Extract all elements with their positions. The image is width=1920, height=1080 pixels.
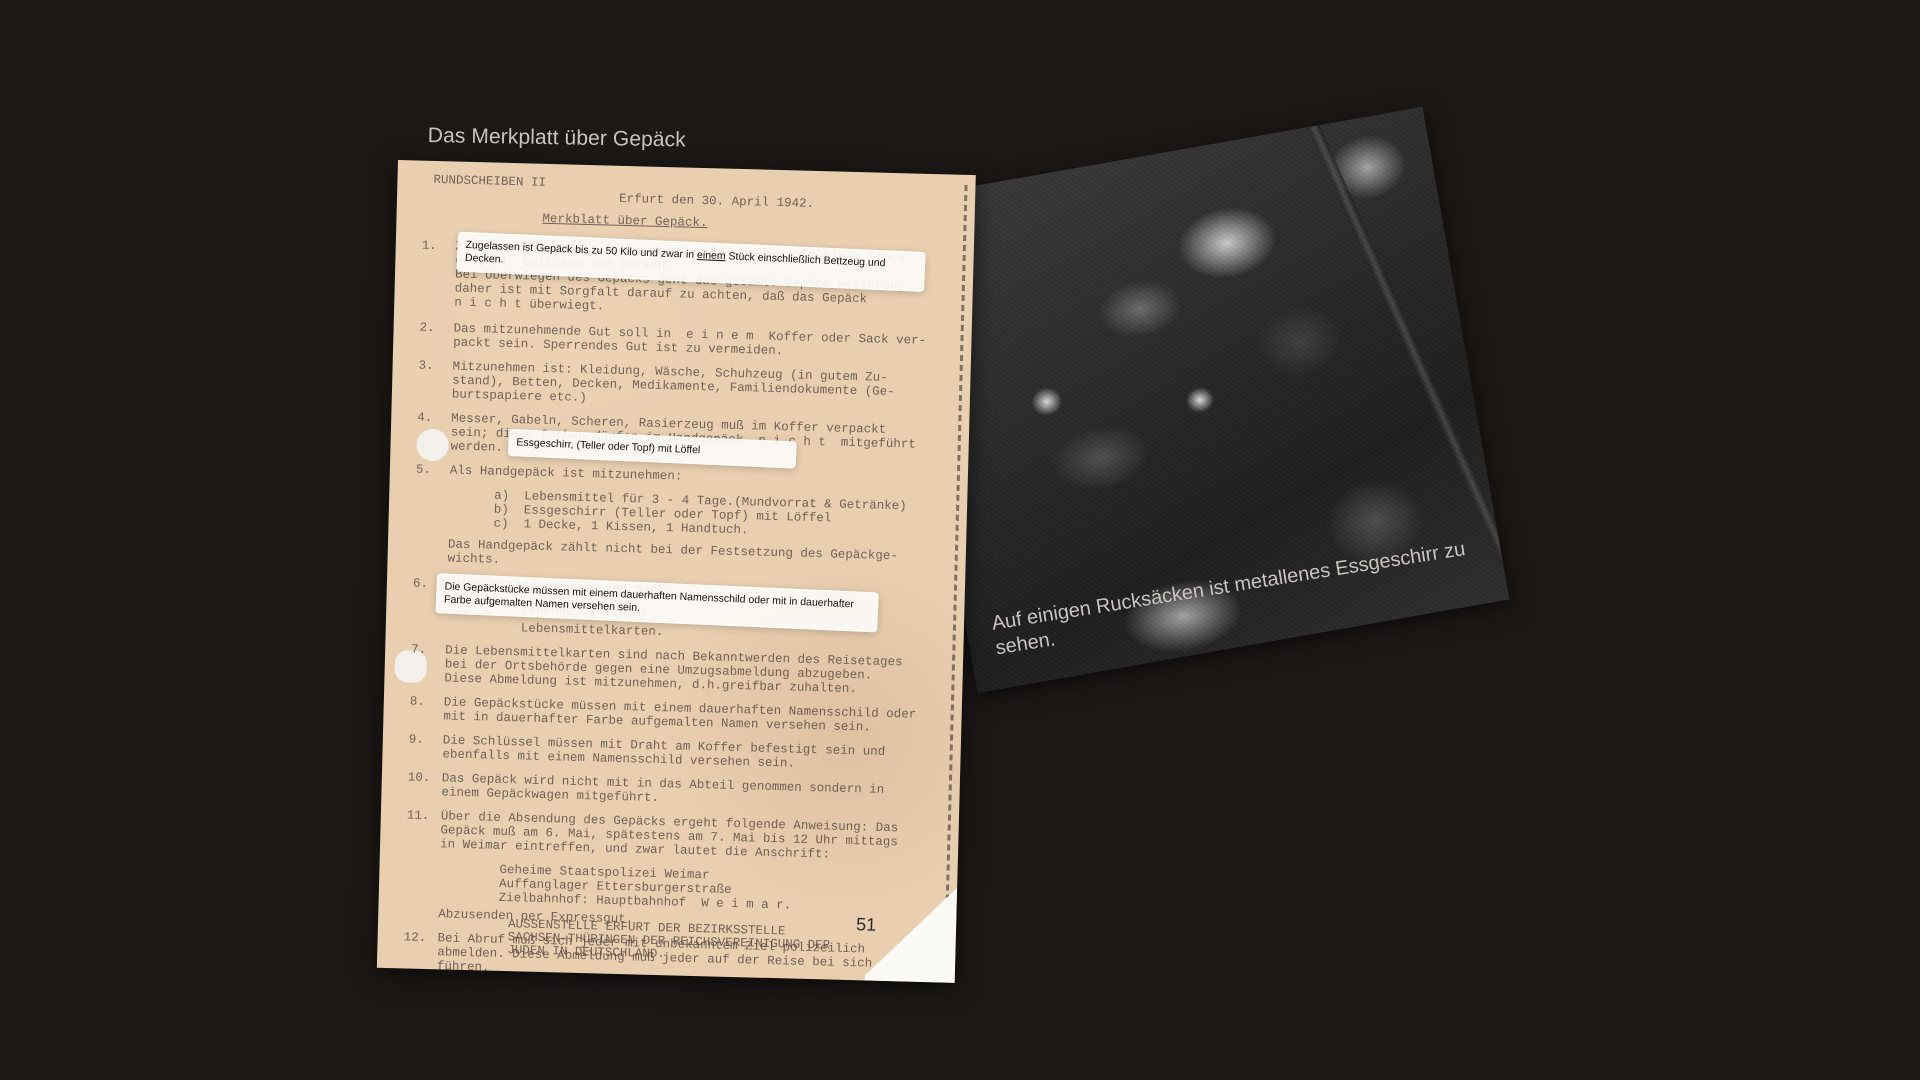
item-number: 8. bbox=[410, 694, 425, 708]
item-number: 9. bbox=[409, 732, 424, 746]
page-number: 51 bbox=[856, 914, 877, 936]
typewritten-text: RUNDSCHEIBEN II Erfurt den 30. April 194… bbox=[398, 160, 976, 175]
item-number: 4. bbox=[417, 411, 432, 425]
item-number: 1. bbox=[422, 239, 437, 253]
item-number: 6. bbox=[413, 577, 428, 591]
doc-header-left: RUNDSCHEIBEN II bbox=[433, 173, 546, 190]
item-number: 7. bbox=[411, 643, 426, 657]
callout-text: Essgeschirr, (Teller oder Topf) mit Löff… bbox=[516, 436, 700, 456]
callout-emphasis: einem bbox=[697, 249, 726, 262]
doc-signature: AUSSENSTELLE ERFURT DER BEZIRKSSTELLESAC… bbox=[398, 160, 976, 175]
torn-edge bbox=[945, 185, 967, 923]
typed-line: n i c h t überwiegt. bbox=[454, 296, 604, 314]
typed-line: führen. bbox=[437, 959, 490, 974]
typed-line: Das Handgepäck zählt nicht bei der Fests… bbox=[448, 537, 898, 563]
typed-line: burtspapiere etc.) bbox=[452, 387, 587, 405]
doc-date-line: Erfurt den 30. April 1942. bbox=[619, 192, 814, 211]
item-number: 2. bbox=[419, 321, 434, 335]
typed-line: Lebensmittelkarten. bbox=[446, 619, 664, 639]
punch-hole bbox=[416, 429, 449, 462]
document-heading: Das Merkplatt über Gepäck bbox=[428, 124, 686, 153]
typed-line: werden. bbox=[450, 439, 503, 454]
item-number: 5. bbox=[416, 463, 431, 477]
item-number: 3. bbox=[418, 359, 433, 373]
item-number: 10. bbox=[408, 770, 431, 785]
merkblatt-document: RUNDSCHEIBEN II Erfurt den 30. April 194… bbox=[377, 160, 976, 983]
item-number: 12. bbox=[403, 930, 426, 945]
typed-line: Als Handgepäck ist mitzunehmen: bbox=[450, 463, 683, 483]
typed-line: wichts. bbox=[447, 551, 500, 566]
doc-title: Merkblatt über Gepäck. bbox=[542, 212, 707, 230]
item-number: 11. bbox=[407, 808, 430, 823]
doc-body: 1.Zugelassen ist Gepäck bis zu 50 Kilo u… bbox=[398, 160, 976, 175]
callout-text: Die Gepäckstücke müssen mit einem dauerh… bbox=[444, 581, 854, 615]
